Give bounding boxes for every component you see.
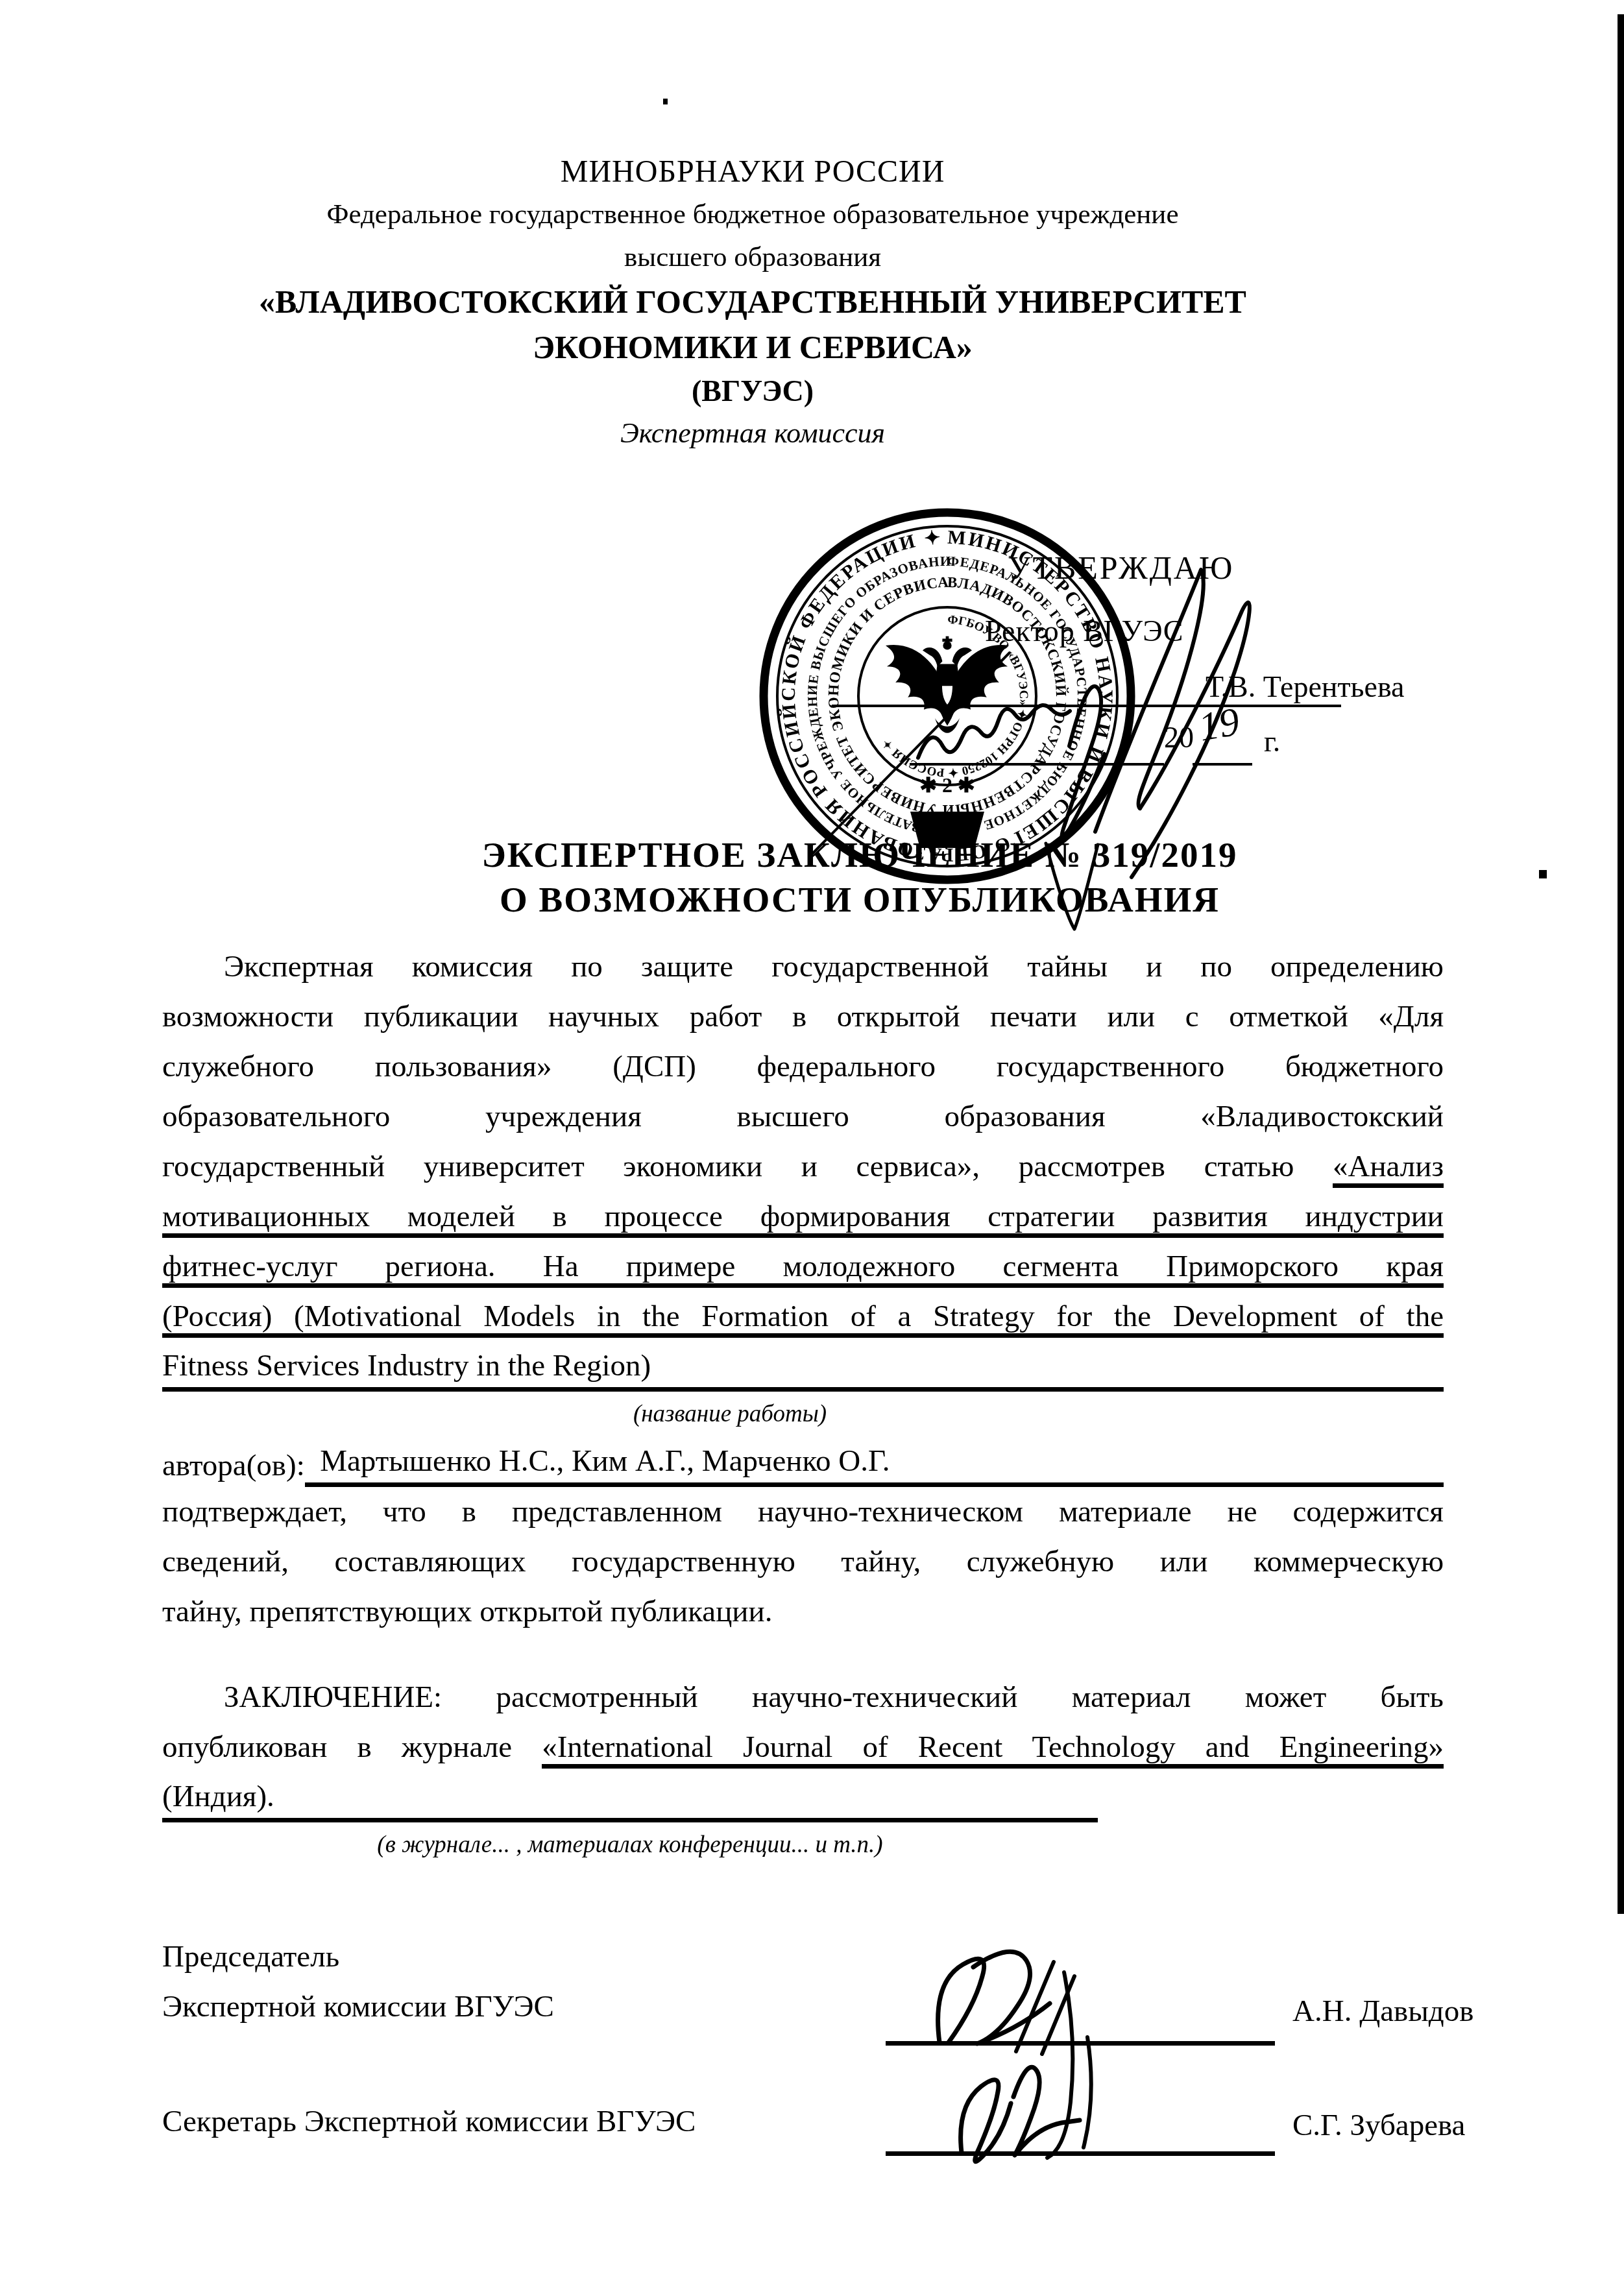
- text-segment: опубликован в журнале: [162, 1730, 542, 1764]
- body-line: Экспертная комиссия по защите государств…: [162, 942, 1444, 992]
- body-line: (Индия).: [162, 1772, 1098, 1822]
- text-segment: государственный университет экономики и …: [162, 1150, 1333, 1183]
- authors-label: автора(ов):: [162, 1444, 305, 1487]
- secretary-signature: [961, 2080, 1011, 2162]
- text-segment: (Россия) (Motivational Models in the For…: [162, 1300, 1444, 1338]
- authors-line: автора(ов): Мартышенко Н.С., Ким А.Г., М…: [162, 1437, 1444, 1487]
- text-segment: Fitness Services Industry in the Region): [162, 1344, 651, 1392]
- scan-dot: [663, 99, 668, 104]
- date-year-handwritten: 19: [1195, 699, 1242, 751]
- secretary-role: Секретарь Экспертной комиссии ВГУЭС: [162, 2097, 696, 2147]
- body-line: сведений, составляющих государственную т…: [162, 1537, 1444, 1587]
- text-segment: тайну, препятствующих открытой публикаци…: [162, 1595, 772, 1628]
- body-paragraph-1: Экспертная комиссия по защите государств…: [162, 942, 1444, 1392]
- scan-edge-artifact: [1618, 14, 1624, 1914]
- secretary-signature-line: [886, 2151, 1275, 2156]
- ministry-header: МИНОБРНАУКИ РОССИИ Федеральное государст…: [120, 151, 1385, 454]
- chair-signature: [973, 1952, 1050, 2044]
- body-line: ЗАКЛЮЧЕНИЕ: рассмотренный научно-техниче…: [162, 1673, 1444, 1723]
- header-university-abbr: (ВГУЭС): [120, 370, 1385, 413]
- conclusion-paragraph: ЗАКЛЮЧЕНИЕ: рассмотренный научно-техниче…: [162, 1673, 1444, 1822]
- text-segment: «Анализ: [1333, 1150, 1444, 1188]
- chair-role-line-2: Экспертной комиссии ВГУЭС: [162, 1982, 554, 2032]
- text-segment: сведений, составляющих государственную т…: [162, 1545, 1444, 1578]
- blank-underline: [274, 1818, 1098, 1822]
- body-line: государственный университет экономики и …: [162, 1142, 1444, 1192]
- body-line: образовательного учреждения высшего обра…: [162, 1092, 1444, 1142]
- body-paragraph-1-continued: подтверждает, что в представленном научн…: [162, 1487, 1444, 1637]
- date-year-line: [1193, 763, 1252, 766]
- text-segment: фитнес-услуг региона. На примере молодеж…: [162, 1250, 1444, 1288]
- authors-value: Мартышенко Н.С., Ким А.Г., Марченко О.Г.: [305, 1440, 890, 1487]
- text-segment: мотивационных моделей в процессе формиро…: [162, 1200, 1444, 1238]
- body-line: фитнес-услуг региона. На примере молодеж…: [162, 1242, 1444, 1292]
- text-segment: Экспертная комиссия по защите государств…: [224, 950, 1444, 984]
- body-line: (Россия) (Motivational Models in the For…: [162, 1292, 1444, 1342]
- work-title-hint: (название работы): [162, 1392, 1298, 1437]
- secretary-signature: [1084, 2037, 1091, 2147]
- body-line: служебного пользования» (ДСП) федерально…: [162, 1042, 1444, 1092]
- text-segment: подтверждает, что в представленном научн…: [162, 1495, 1444, 1529]
- header-commission: Экспертная комиссия: [120, 413, 1385, 454]
- title-line-1: ЭКСПЕРТНОЕ ЗАКЛЮЧЕНИЕ № 319/2019: [162, 832, 1557, 877]
- stamp-number: ✱ 2 ✱: [919, 773, 975, 797]
- chair-signature: [1047, 1972, 1073, 2158]
- body-line: возможности публикации научных работ в о…: [162, 992, 1444, 1042]
- date-year-suffix: г.: [1264, 724, 1280, 758]
- text-segment: ЗАКЛЮЧЕНИЕ: рассмотренный научно-техниче…: [224, 1680, 1444, 1714]
- rector-name: Т.В. Терентьева: [1206, 670, 1405, 704]
- chair-signature: [938, 1959, 984, 2042]
- blank-underline: [890, 1482, 1444, 1487]
- header-institution-type: Федеральное государственное бюджетное об…: [120, 193, 1385, 236]
- publication-hint: (в журнале... , материалах конференции..…: [162, 1822, 1098, 1868]
- title-line-2: О ВОЗМОЖНОСТИ ОПУБЛИКОВАНИЯ: [162, 877, 1557, 922]
- chair-name: А.Н. Давыдов: [1292, 1987, 1473, 2037]
- stamp-eagle-icon: [886, 636, 1009, 733]
- text-segment: служебного пользования» (ДСП) федерально…: [162, 1050, 1444, 1083]
- body-line: тайну, препятствующих открытой публикаци…: [162, 1587, 1444, 1637]
- body-text: Экспертная комиссия по защите государств…: [162, 942, 1444, 1868]
- header-ministry: МИНОБРНАУКИ РОССИИ: [120, 151, 1385, 193]
- date-year-prefix: 20: [1164, 720, 1194, 755]
- text-segment: (Индия).: [162, 1775, 274, 1822]
- secretary-signature: [1013, 2067, 1080, 2155]
- body-line: Fitness Services Industry in the Region): [162, 1342, 1444, 1392]
- text-segment: образовательного учреждения высшего обра…: [162, 1100, 1444, 1133]
- chair-signature: [1016, 1962, 1074, 2054]
- document-title: ЭКСПЕРТНОЕ ЗАКЛЮЧЕНИЕ № 319/2019 О ВОЗМО…: [162, 832, 1557, 922]
- chair-signature-line: [886, 2041, 1275, 2046]
- body-line: опубликован в журнале «International Jou…: [162, 1723, 1444, 1772]
- blank-underline: [651, 1387, 1444, 1392]
- chair-role-line-1: Председатель: [162, 1932, 339, 1982]
- header-education-level: высшего образования: [120, 236, 1385, 279]
- text-segment: возможности публикации научных работ в о…: [162, 1000, 1444, 1034]
- header-university-name-1: «ВЛАДИВОСТОКСКИЙ ГОСУДАРСТВЕННЫЙ УНИВЕРС…: [120, 279, 1385, 324]
- body-line: мотивационных моделей в процессе формиро…: [162, 1192, 1444, 1242]
- scanned-document-page: МИНОБРНАУКИ РОССИИ Федеральное государст…: [0, 0, 1624, 2285]
- secretary-name: С.Г. Зубарева: [1292, 2101, 1465, 2151]
- text-segment: «International Journal of Recent Technol…: [542, 1730, 1444, 1769]
- header-university-name-2: ЭКОНОМИКИ И СЕРВИСА»: [120, 324, 1385, 370]
- body-line: подтверждает, что в представленном научн…: [162, 1487, 1444, 1537]
